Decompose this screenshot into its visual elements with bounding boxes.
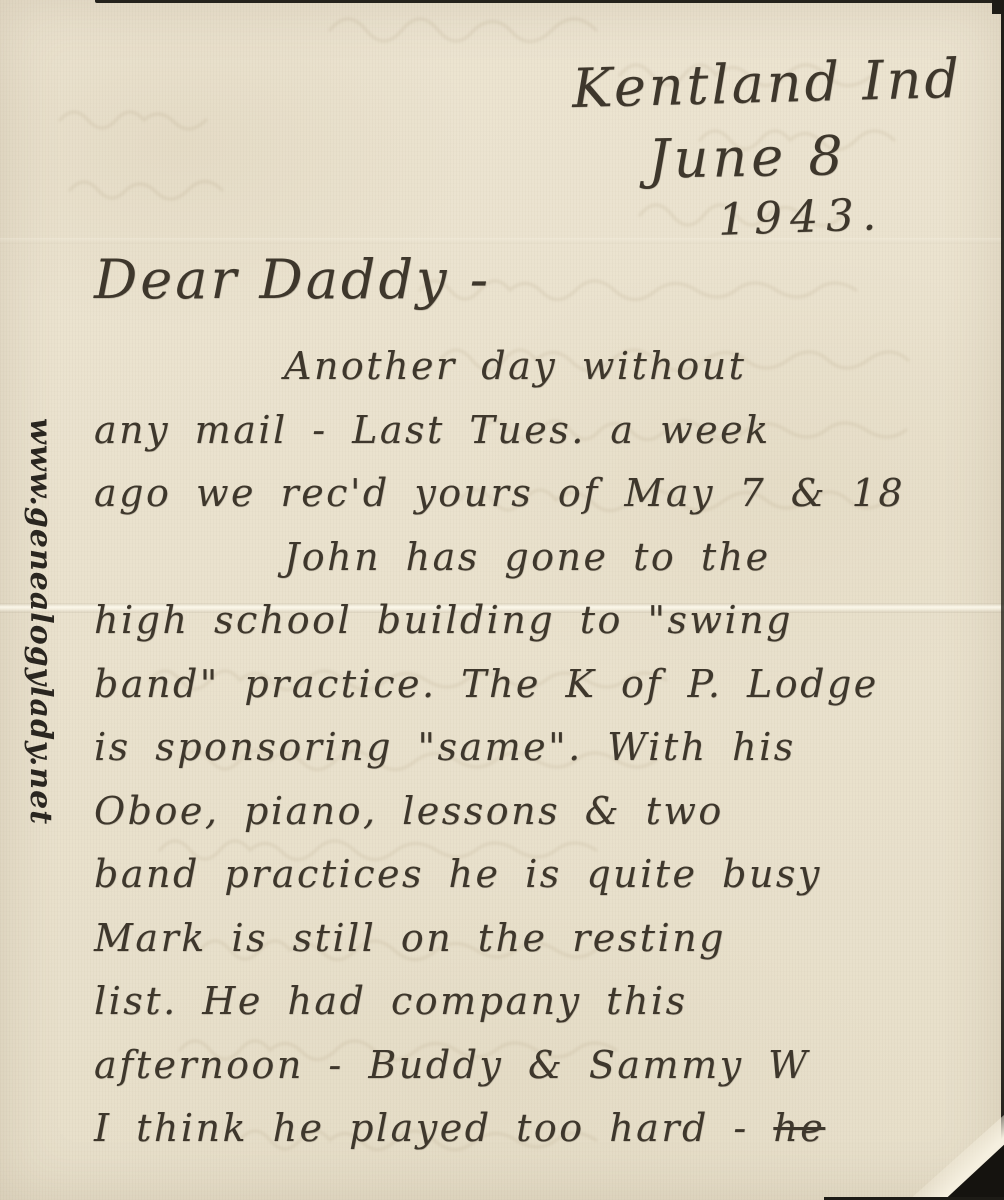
letter-line: I think he played too hard - he xyxy=(94,1106,999,1170)
letter-line: band practices he is quite busy xyxy=(94,852,999,916)
letter-heading-place: Kentland Ind xyxy=(571,47,962,120)
scanned-letter-page: www.genealogylady.net Kentland Ind June … xyxy=(0,0,1004,1200)
letter-heading-date: June 8 xyxy=(647,124,847,190)
letter-line: ago we rec'd yours of May 7 & 18 xyxy=(94,471,999,535)
letter-line: Another day without xyxy=(94,344,999,408)
struck-out-word: he xyxy=(773,1106,825,1150)
letter-line: band" practice. The K of P. Lodge xyxy=(94,662,999,726)
letter-line: Oboe, piano, lessons & two xyxy=(94,789,999,853)
letter-line: high school building to "swing xyxy=(94,598,999,662)
letter-line: list. He had company this xyxy=(94,979,999,1043)
letter-line: afternoon - Buddy & Sammy W xyxy=(94,1043,999,1107)
watermark-text: www.genealogylady.net xyxy=(16,418,58,816)
letter-salutation: Dear Daddy - xyxy=(94,248,491,311)
letter-line: any mail - Last Tues. a week xyxy=(94,408,999,472)
letter-heading-year: 1943. xyxy=(717,189,885,246)
letter-line: is sponsoring "same". With his xyxy=(94,725,999,789)
letter-line: John has gone to the xyxy=(94,535,999,599)
letter-body: Another day withoutany mail - Last Tues.… xyxy=(94,344,999,1170)
scanner-edge-top xyxy=(95,0,1004,3)
letter-line: Mark is still on the resting xyxy=(94,916,999,980)
